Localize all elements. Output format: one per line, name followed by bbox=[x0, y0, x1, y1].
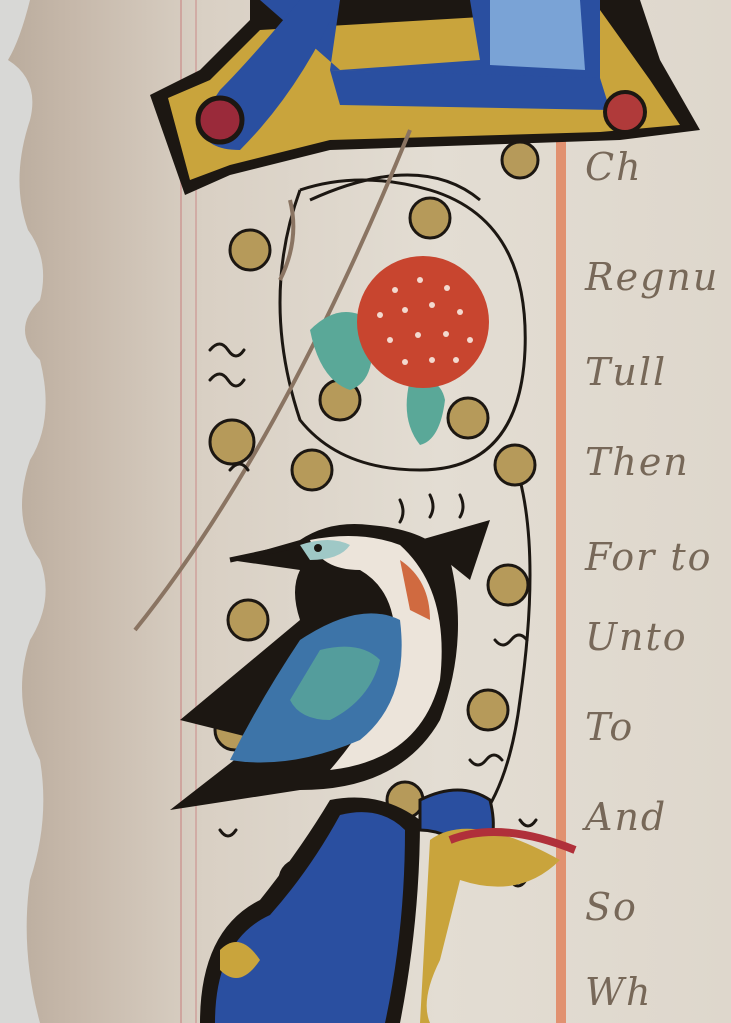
text-line-6: Unto bbox=[585, 615, 688, 659]
text-line-5: For to bbox=[585, 535, 713, 579]
text-line-9: So bbox=[585, 885, 638, 929]
text-line-3: Tull bbox=[585, 350, 667, 394]
text-line-1: Ch bbox=[585, 145, 643, 189]
text-line-2: Regnu bbox=[585, 255, 719, 299]
manuscript-photo: Ch Regnu Tull Then For to Unto To And So… bbox=[0, 0, 731, 1023]
text-line-7: To bbox=[585, 705, 634, 749]
text-line-10: Wh bbox=[585, 970, 653, 1014]
blue-acanthus bbox=[200, 790, 575, 1023]
bird bbox=[170, 520, 490, 810]
text-line-8: And bbox=[585, 795, 667, 839]
text-line-4: Then bbox=[585, 440, 690, 484]
